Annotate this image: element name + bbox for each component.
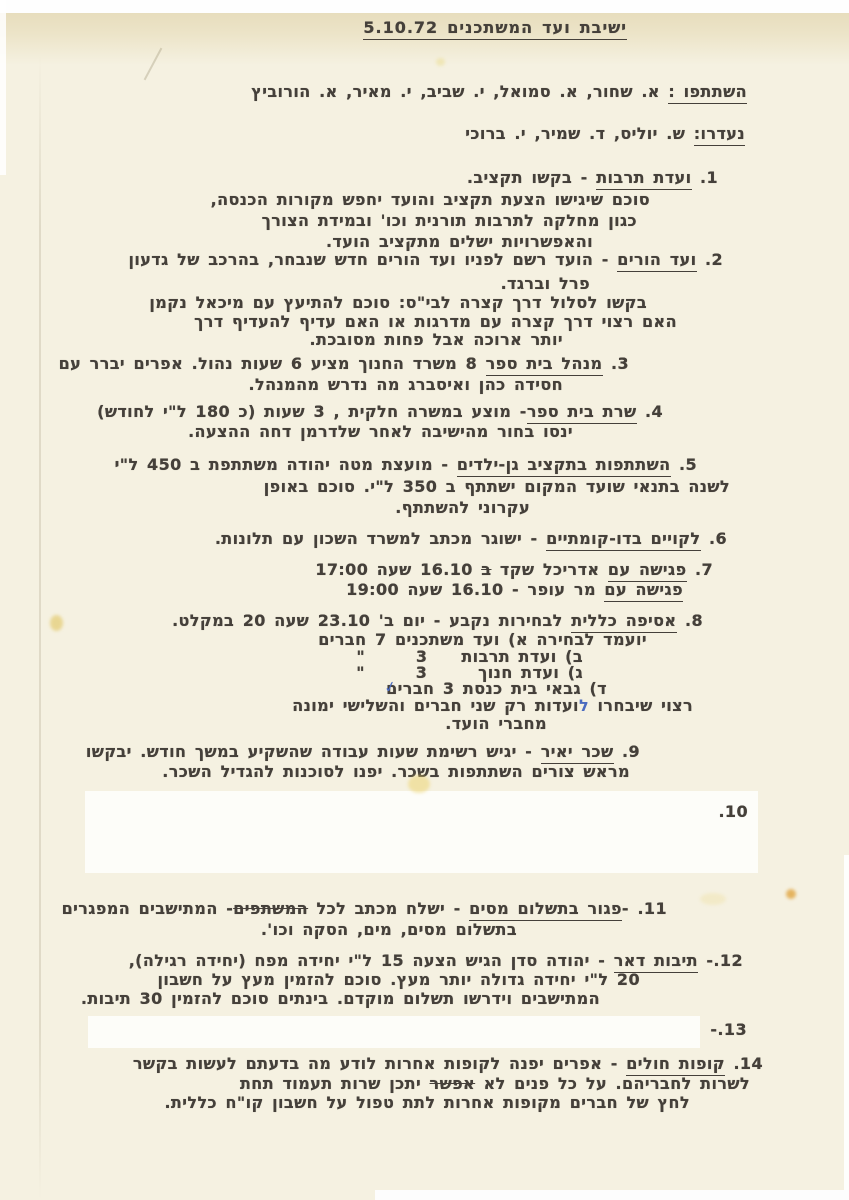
item-text: 8 משרד החנוך מציע 6 שעות נהול. אפרים יבר… [59,354,486,373]
item-line: ינסו בחור מהישיבה לאחר שלדרמן דחה ההצעה. [188,424,573,440]
item-line: 1. ועדת תרבות - בקשו תקציב. [467,170,718,186]
item-line: 6. לקויים בדו-קומתיים - ישוגר מכתב למשרד… [215,531,727,547]
item-title: פגישה עם [604,580,683,602]
item-text: המשתפים [233,899,308,918]
item-text: יתכן שרות תעמוד תחת [240,1074,430,1093]
page-title: ישיבת ועד המשתכנים 5.10.72 [363,20,627,36]
item-text: - [622,899,629,918]
item-line: 12.- תיבות דאר - יהודה סדן הגיש הצעה 15 … [129,953,743,969]
item-title: ועדת תרבות [596,168,691,190]
item-line: עקרוני להשתתף. [395,500,530,516]
item-line: פרל וברגד. [501,276,590,292]
item-number: 3. [603,354,630,373]
item-number: 6. [701,529,728,548]
item-line: מחברי הועד. [445,716,547,732]
item-number: 14. [725,1054,763,1073]
item-text: עקרוני להשתתף. [395,498,530,517]
item-line: המתישבים וידרשו תשלום מוקדם. בינתים סוכם… [81,991,600,1007]
item-text: כגון מחלקה לתרבות תורנית וכו' ובמידת הצו… [262,211,637,230]
item-line: 14. קופות חולים - אפרים יפנה לקופות אחרו… [133,1056,763,1072]
item-text: חסידה כהן ואיסברג מה נדרש מהמנהל. [249,375,563,394]
item-number: 4. [637,402,664,421]
item-line: 2. ועד הורים - הועד רשם לפניו ועד הורים … [128,252,723,268]
item-line: חסידה כהן ואיסברג מה נדרש מהמנהל. [249,377,563,393]
item-text: - יהודה סדן הגיש הצעה 15 ל"י יחידה מפח (… [129,951,614,970]
scan-edge-right [844,855,849,1200]
paper-stain [700,893,726,905]
item-text: סוכם שיגישו הצעת תקציב והועד יחפש מקורות… [211,190,650,209]
item-line: סוכם שיגישו הצעת תקציב והועד יחפש מקורות… [211,192,650,208]
item-number: 10. [718,804,748,820]
attendees-names: א. שחור, א. סמואל, י. שביב, י. מאיר, א. … [251,82,668,101]
item-line: ד) גבאי בית כנסת 3 חברים [386,681,607,697]
item-title: קופות חולים [626,1054,725,1076]
item-title: פגור בתשלום מסים [469,899,622,921]
paper-stain [50,615,63,631]
item-text: - יגיש רשימת שעות עבודה שהשקיע במשך חודש… [86,742,541,761]
item-line: והאפשרויות ישלים מתקציב הועד. [326,234,593,250]
whiteout-box [88,1016,700,1048]
item-title: השתתפות בתקציב גן-ילדים [457,455,671,477]
item-line: יועמד לבחירה א) ועד משתכנים 7 חברים [318,632,647,648]
item-text: המתישבים וידרשו תשלום מוקדם. בינתים סוכם… [81,989,600,1008]
item-text: ב [481,560,491,579]
whiteout-box [85,791,758,873]
item-line: 7. פגישה עם אדריכל שקד ב 16.10 שעה 17:00 [315,562,713,578]
item-text: לבחירות נקבע - יום ב' 23.10 שעה 20 במקלט… [172,611,571,630]
scan-edge-bottom [375,1190,849,1200]
item-text: לשנה בתנאי שועד המקום ישתתף ב 350 ל"י. ס… [264,477,730,496]
item-line: רצוי שיבחרו לועדות רק שני חברים והשלישי … [292,698,693,714]
item-title: לקויים בדו-קומתיים [546,529,700,551]
attendees-line: השתתפו : א. שחור, א. סמואל, י. שביב, י. … [251,84,747,100]
item-line: 8. אסיפה כללית לבחירות נקבע - יום ב' 23.… [172,613,703,629]
item-number: 8. [677,611,704,630]
item-text: מחברי הועד. [445,714,547,733]
item-number: 1. [692,168,719,187]
item-text: אדריכל שקד [491,560,607,579]
item-line: יותר ארוכה אבל פחות מסובכת. [310,332,563,348]
item-text: - מועצת מטה יהודה משתתפת ב 450 ל"י [115,455,457,474]
item-text: מראש צורים השתתפות בשכר. יפנו לסוכנות לה… [162,762,630,781]
item-text: פרל וברגד. [501,274,590,293]
scan-edge-top [0,0,849,13]
item-number: 9. [614,742,641,761]
item-line: פגישה עם מר עופר - 16.10 שעה 19:00 [346,582,683,598]
item-text: - המתישבים המפגרים [62,899,234,918]
item-number: 11. [629,899,667,918]
handwritten-blue-letter: ל [579,696,589,715]
item-title: שרת בית ספר [527,402,637,424]
item-number: 5. [671,455,698,474]
attendees-label: השתתפו : [668,82,747,104]
scanned-document-page: ישיבת ועד המשתכנים 5.10.72 השתתפו : א. ש… [0,0,849,1200]
item-title: ועד הורים [617,250,696,272]
absent-line: נעדרו: ש. יוליס, ד. שמיר, י. ברוכי [465,126,745,142]
scan-edge-left [0,0,6,175]
paper-stain [786,889,796,899]
item-number: 7. [687,560,714,579]
item-text: ועדות רק שני חברים והשלישי ימונה [292,696,579,715]
item-line: לשנה בתנאי שועד המקום ישתתף ב 350 ל"י. ס… [264,479,730,495]
item-number: 12.- [698,951,743,970]
item-text: יותר ארוכה אבל פחות מסובכת. [310,330,563,349]
item-text: - מוצע במשרה חלקית , 3 שעות (כ 180 ל"י ל… [97,402,527,421]
item-line: 9. שכר יאיר - יגיש רשימת שעות עבודה שהשק… [86,744,640,760]
page-title-text: ישיבת ועד המשתכנים 5.10.72 [363,18,627,40]
item-text: 20 ל"י יחידה גדולה יותר מעץ. סוכם להזמין… [157,970,640,989]
item-line: לשרות לחבריהם. על כל פנים לא אפשר יתכן ש… [240,1076,750,1092]
paper-stain [436,58,445,66]
item-line: לחץ של חברים מקופות אחרות לתת טפול על חש… [164,1095,690,1111]
item-number: 2. [697,250,724,269]
paper-stain [408,775,430,793]
absent-names: ש. יוליס, ד. שמיר, י. ברוכי [465,124,693,143]
item-text: רצוי שיבחרו [589,696,693,715]
item-line: 3. מנהל בית ספר 8 משרד החנוך מציע 6 שעות… [59,356,629,372]
item-text: והאפשרויות ישלים מתקציב הועד. [326,232,593,251]
item-line: 20 ל"י יחידה גדולה יותר מעץ. סוכם להזמין… [157,972,640,988]
item-line: מראש צורים השתתפות בשכר. יפנו לסוכנות לה… [162,764,630,780]
item-line: 4. שרת בית ספר- מוצע במשרה חלקית , 3 שעו… [97,404,663,420]
item-text: 16.10 שעה 17:00 [315,560,481,579]
item-line: בתשלום מסים, מים, הסקה וכו'. [261,922,517,938]
paper-crease [39,55,41,1200]
item-text: לשרות לחבריהם. על כל פנים לא [475,1074,750,1093]
item-line: האם רצוי דרך קצרה עם מדרגות או האם עדיף … [194,314,677,330]
item-text: - בקשו תקציב. [467,168,596,187]
item-text: - אפרים יפנה לקופות אחרות לודע מה בדעתם … [133,1054,626,1073]
item-text: לחץ של חברים מקופות אחרות לתת טפול על חש… [164,1093,690,1112]
item-line: בקשו לסלול דרך קצרה לבי"ס: סוכם להתיעץ ע… [149,295,647,311]
item-text: - ישוגר מכתב למשרד השכון עם תלונות. [215,529,546,548]
item-title: מנהל בית ספר [486,354,603,376]
item-line: כגון מחלקה לתרבות תורנית וכו' ובמידת הצו… [262,213,637,229]
item-title: שכר יאיר [541,742,614,764]
item-text: - ישלח מכתב לכל [308,899,469,918]
item-text: ינסו בחור מהישיבה לאחר שלדרמן דחה ההצעה. [188,422,573,441]
item-number: 13.- [710,1022,747,1038]
item-title: פגישה עם [608,560,687,582]
item-line: 5. השתתפות בתקציב גן-ילדים - מועצת מטה י… [115,457,697,473]
item-text: - הועד רשם לפניו ועד הורים חדש שנבחר, בה… [128,250,617,269]
item-text: מר עופר - 16.10 שעה 19:00 [346,580,604,599]
item-text: בתשלום מסים, מים, הסקה וכו'. [261,920,517,939]
item-text: בקשו לסלול דרך קצרה לבי"ס: סוכם להתיעץ ע… [149,293,647,312]
item-text: אפשר [430,1074,476,1093]
absent-label: נעדרו: [694,124,745,146]
item-text: האם רצוי דרך קצרה עם מדרגות או האם עדיף … [194,312,677,331]
item-line: 11. -פגור בתשלום מסים - ישלח מכתב לכל המ… [62,901,667,917]
